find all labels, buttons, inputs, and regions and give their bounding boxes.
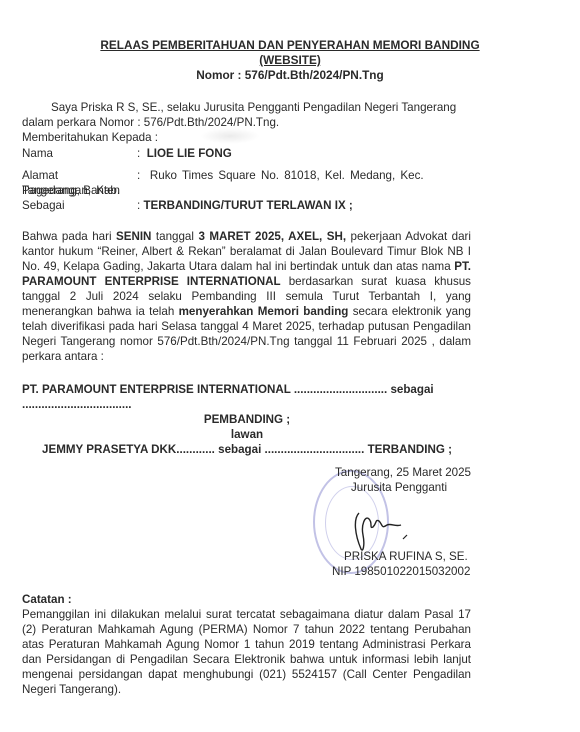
role-label: Sebagai	[22, 198, 137, 213]
document-title: RELAAS PEMBERITAHUAN DAN PENYERAHAN MEMO…	[0, 38, 580, 53]
parties-block: PT. PARAMOUNT ENTERPRISE INTERNATIONAL .…	[22, 382, 472, 457]
notify-text: Memberitahukan Kepada :	[22, 131, 158, 144]
body-text: tanggal	[151, 230, 198, 243]
note-title: Catatan :	[22, 592, 72, 607]
intro-paragraph: Saya Priska R S, SE., selaku Jurusita Pe…	[22, 100, 470, 130]
sign-position: Jurusita Pengganti	[351, 480, 447, 495]
body-day: SENIN	[116, 230, 151, 243]
name-separator: :	[137, 147, 140, 160]
signature-icon	[345, 505, 425, 555]
address-value-cont: Tangerang, Banten	[22, 184, 120, 197]
role-separator: :	[137, 199, 140, 212]
party-versus: lawan	[22, 427, 472, 442]
role-value: TERBANDING/TURUT TERLAWAN IX ;	[143, 199, 352, 212]
sign-name: PRISKA RUFINA S, SE.	[344, 549, 468, 564]
recipient-role-row: Sebagai: TERBANDING/TURUT TERLAWAN IX ;	[22, 198, 472, 213]
note-text: Pemanggilan ini dilakukan melalui surat …	[22, 607, 471, 697]
party-respondent: JEMMY PRASETYA DKK............ sebagai .…	[22, 442, 472, 457]
address-label: Alamat	[22, 168, 137, 183]
document-number: Nomor : 576/Pdt.Bth/2024/PN.Tng	[0, 68, 580, 83]
body-paragraph: Bahwa pada hari SENIN tanggal 3 MARET 20…	[22, 229, 471, 364]
name-value: LIOE LIE FONG	[147, 147, 232, 160]
document-subtitle: (WEBSITE)	[0, 53, 580, 68]
name-label: Nama	[22, 146, 137, 161]
party-appellant-role: PEMBANDING ;	[22, 412, 472, 427]
party-appellant: PT. PARAMOUNT ENTERPRISE INTERNATIONAL .…	[22, 382, 472, 412]
document-page: RELAAS PEMBERITAHUAN DAN PENYERAHAN MEMO…	[0, 0, 580, 732]
intro-text: Saya Priska R S, SE., selaku Jurusita Pe…	[22, 101, 456, 129]
body-text: Bahwa pada hari	[22, 230, 116, 243]
recipient-address-cont: Tangerang, Banten	[22, 183, 472, 198]
document-header: RELAAS PEMBERITAHUAN DAN PENYERAHAN MEMO…	[0, 38, 580, 83]
sign-nip: NIP 198501022015032002	[332, 564, 470, 579]
address-separator: :	[137, 169, 140, 182]
body-action: menyerahkan Memori banding	[179, 305, 349, 318]
sign-place-date: Tangerang, 25 Maret 2025	[335, 465, 471, 480]
notify-line: Memberitahukan Kepada :	[22, 130, 472, 145]
body-date-advocate: 3 MARET 2025, AXEL, SH,	[198, 230, 346, 243]
recipient-name-row: Nama: LIOE LIE FONG	[22, 146, 472, 161]
